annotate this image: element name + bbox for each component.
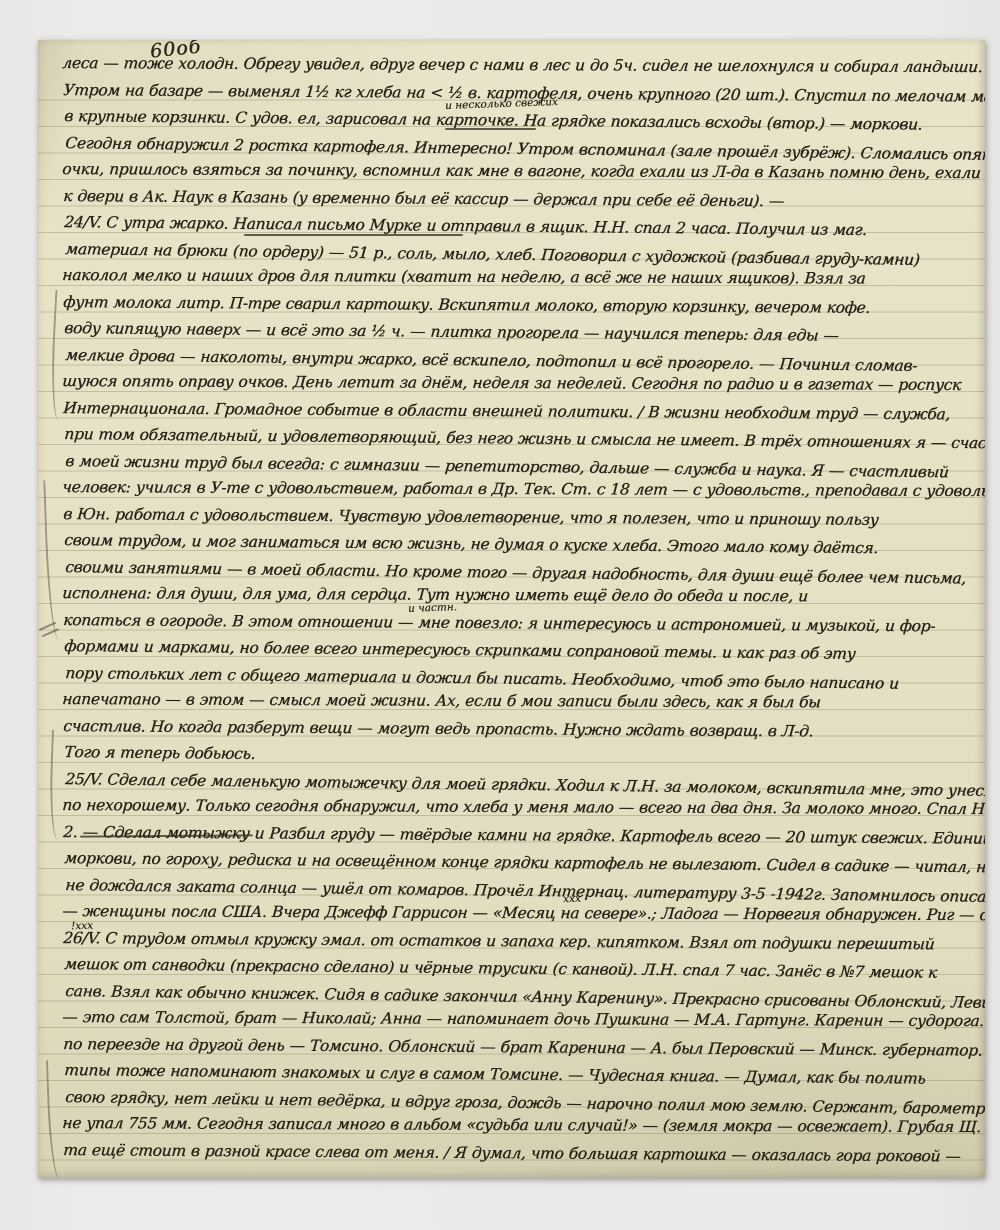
ink-underline: [244, 234, 463, 236]
handwritten-line: леса — тоже холодн. Обрегу увидел, вдруг…: [61, 54, 983, 84]
handwritten-line: не упал 755 мм. Сегодня записал много в …: [61, 1114, 985, 1144]
handwritten-line: очки, пришлось взяться за починку, вспом…: [61, 160, 981, 190]
interlinear-insertion: ххх: [563, 893, 581, 906]
handwritten-line: — женщины посла США. Вчера Джефф Гаррисо…: [61, 902, 985, 933]
interlinear-insertion: и частн.: [408, 601, 457, 615]
interlinear-insertion: !ххх: [71, 919, 93, 932]
scan-background: { "scan": { "background_color": "#ebe9e7…: [0, 0, 1000, 1230]
manuscript-lines: леса — тоже холодн. Обрегу увидел, вдруг…: [62, 40, 973, 1178]
handwritten-line: человек: учился в У-те с удовольствием, …: [61, 478, 985, 508]
handwritten-line: Того я теперь добьюсь.: [63, 743, 256, 771]
ink-underline: [445, 128, 536, 130]
manuscript-page: 60об леса — тоже холодн. Обрегу увидел, …: [38, 40, 985, 1178]
handwritten-line: наколол мелко и наших дров для плитки (х…: [61, 266, 866, 295]
handwritten-line: к двери в Ак. Наук в Казань (у временно …: [62, 187, 785, 218]
handwritten-line: напечатано — в этом — смысл моей жизни. …: [61, 690, 821, 719]
handwritten-line: та ещё стоит в разной красе слева от мен…: [62, 1141, 961, 1173]
margin-stroke: [43, 480, 63, 640]
handwritten-line: — это сам Толстой, брат — Николай; Анна …: [61, 1008, 985, 1038]
handwritten-line: по нехорошему. Только сегодня обнаружил,…: [61, 796, 985, 826]
handwritten-line: шуюся опять оправу очков. День летит за …: [61, 372, 962, 402]
